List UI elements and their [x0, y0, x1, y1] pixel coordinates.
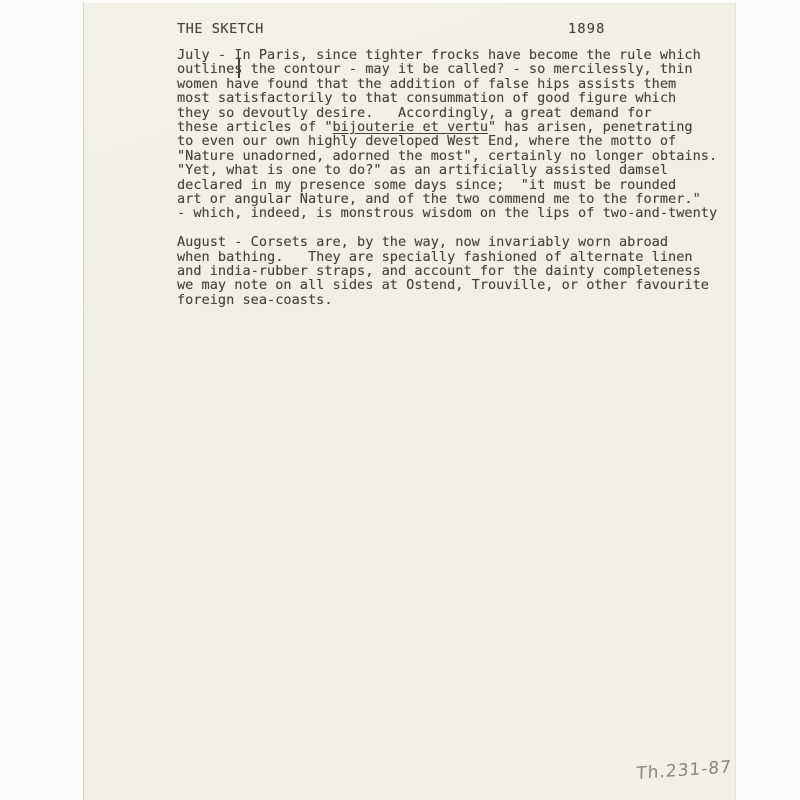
text-line: "Nature unadorned, adorned the most", ce…	[177, 149, 733, 163]
pencil-annotation: Th.231-87	[636, 757, 732, 784]
paragraph: August - Corsets are, by the way, now in…	[177, 235, 733, 307]
text-line: these articles of "bijouterie et vertu" …	[177, 120, 733, 134]
text-line: July - In Paris, since tighter frocks ha…	[177, 48, 733, 62]
text-line: foreign sea-coasts.	[177, 293, 733, 307]
text-line: we may note on all sides at Ostend, Trou…	[177, 278, 733, 292]
document-page: THE SKETCH 1898 July - In Paris, since t…	[83, 2, 736, 800]
text-line: "Yet, what is one to do?" as an artifici…	[177, 163, 733, 177]
text-line: August - Corsets are, by the way, now in…	[177, 235, 733, 249]
paragraph: July - In Paris, since tighter frocks ha…	[177, 48, 733, 221]
text-line: - which, indeed, is monstrous wisdom on …	[177, 206, 733, 220]
text-line: women have found that the addition of fa…	[177, 77, 733, 91]
text-line: most satisfactorily to that consummation…	[177, 91, 733, 105]
typewritten-text: July - In Paris, since tighter frocks ha…	[177, 48, 733, 307]
scanned-document: THE SKETCH 1898 July - In Paris, since t…	[0, 0, 800, 800]
text-line: when bathing. They are specially fashion…	[177, 250, 733, 264]
text-line: to even our own highly developed West En…	[177, 134, 733, 148]
text-line: declared in my presence some days since;…	[177, 178, 733, 192]
text-line: outlines the contour - may it be called?…	[177, 62, 733, 76]
text-line: and india-rubber straps, and account for…	[177, 264, 733, 278]
text-line: they so devoutly desire. Accordingly, a …	[177, 106, 733, 120]
text-line: art or angular Nature, and of the two co…	[177, 192, 733, 206]
page-year: 1898	[568, 22, 606, 36]
page-title: THE SKETCH	[177, 22, 264, 36]
